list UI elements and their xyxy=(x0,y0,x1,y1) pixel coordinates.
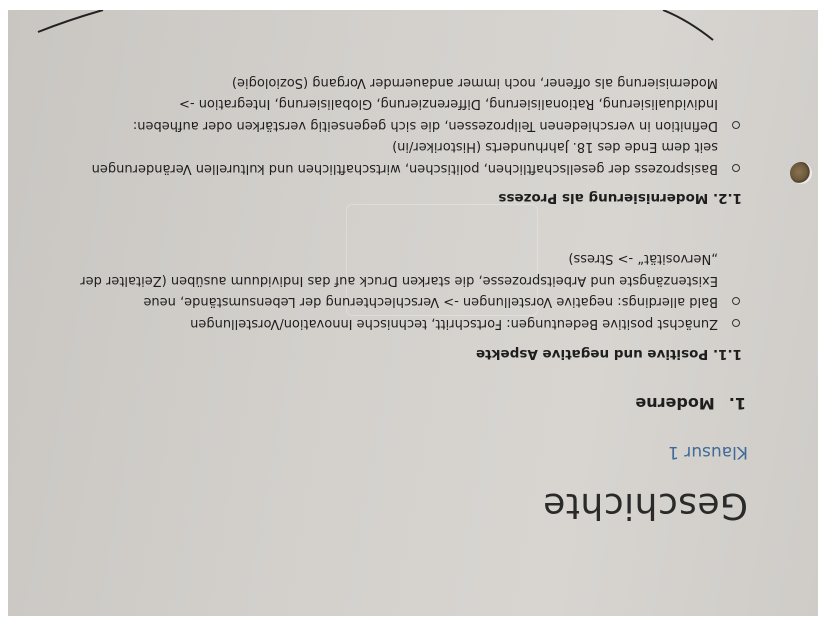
subsection-heading-1: 1.1. Positive und negative Aspekte xyxy=(476,346,742,362)
section-number: 1. xyxy=(729,394,746,413)
photographed-page: Geschichte Klausur 1 1.Moderne 1.1. Posi… xyxy=(8,10,818,616)
list-item: Basisprozess der gesellschaftlichen, pol… xyxy=(78,136,718,179)
subsection-heading-2: 1.2. Modernisierung als Prozess xyxy=(498,190,742,206)
document-subtitle: Klausur 1 xyxy=(668,442,748,462)
circle-bullet-icon xyxy=(732,298,740,306)
document-title: Geschichte xyxy=(543,485,748,526)
list-item: Bald allerdings: negative Vorstellungen … xyxy=(78,248,718,313)
circle-bullet-icon xyxy=(732,319,740,327)
bullet-list-2: Basisprozess der gesellschaftlichen, pol… xyxy=(78,72,718,180)
section-heading: 1.Moderne xyxy=(635,394,746,413)
document-content: Geschichte Klausur 1 1.Moderne 1.1. Posi… xyxy=(8,10,818,616)
list-item: Zunächst positive Bedeutungen: Fortschri… xyxy=(78,313,718,335)
circle-bullet-icon xyxy=(732,121,740,129)
bullet-list-1: Zunächst positive Bedeutungen: Fortschri… xyxy=(78,248,718,334)
circle-bullet-icon xyxy=(732,164,740,172)
section-title: Moderne xyxy=(635,394,714,413)
list-item: Definition in verschiedenen Teilprozesse… xyxy=(78,72,718,137)
